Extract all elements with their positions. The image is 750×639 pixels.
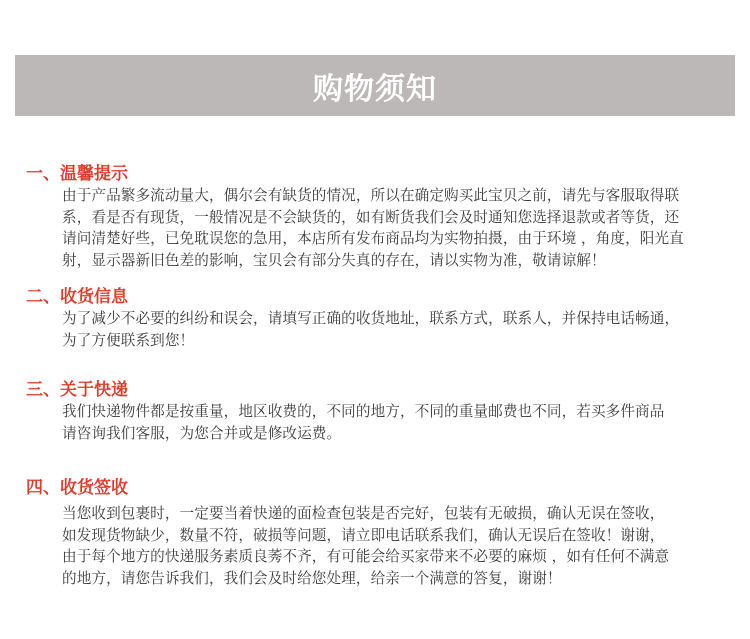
page-title: 购物须知 xyxy=(313,64,437,108)
paragraph-line: 由于产品繁多流动量大，偶尔会有缺货的情况，所以在确定购买此宝贝之前，请先与客服取… xyxy=(62,185,726,207)
section-body: 当您收到包裹时，一定要当着快递的面检查包装是否完好，包装有无破损，确认无误在签收… xyxy=(62,503,726,589)
paragraph-line: 请咨询我们客服，为您合并或是修改运费。 xyxy=(62,423,726,445)
section-shipping-info: 二、收货信息 为了减少不必要的纠纷和误会，请填写正确的收货地址，联系方式，联系人… xyxy=(26,286,726,351)
section-heading: 二、收货信息 xyxy=(26,286,726,308)
section-body: 由于产品繁多流动量大，偶尔会有缺货的情况，所以在确定购买此宝贝之前，请先与客服取… xyxy=(62,185,726,271)
section-receipt-signing: 四、收货签收 当您收到包裹时，一定要当着快递的面检查包装是否完好，包装有无破损，… xyxy=(26,477,726,589)
section-heading: 一、温馨提示 xyxy=(26,163,726,185)
paragraph-line: 为了减少不必要的纠纷和误会，请填写正确的收货地址，联系方式，联系人，并保持电话畅… xyxy=(62,308,726,330)
section-body: 为了减少不必要的纠纷和误会，请填写正确的收货地址，联系方式，联系人，并保持电话畅… xyxy=(62,308,726,351)
section-heading: 三、关于快递 xyxy=(26,379,726,401)
title-banner: 购物须知 xyxy=(15,55,735,116)
paragraph-line: 射，显示器新旧色差的影响，宝贝会有部分失真的存在，请以实物为准，敬请谅解！ xyxy=(62,250,726,272)
paragraph-line: 由于每个地方的快递服务素质良莠不齐，有可能会给买家带来不必要的麻烦 ，如有任何不… xyxy=(62,546,726,568)
section-about-delivery: 三、关于快递 我们快递物件都是按重量，地区收费的，不同的地方，不同的重量邮费也不… xyxy=(26,379,726,444)
paragraph-line: 系，看是否有现货，一般情况是不会缺货的，如有断货我们会及时通知您选择退款或者等货… xyxy=(62,207,726,229)
paragraph-line: 为了方便联系到您！ xyxy=(62,330,726,352)
section-body: 我们快递物件都是按重量，地区收费的，不同的地方，不同的重量邮费也不同，若买多件商… xyxy=(62,401,726,444)
section-warm-tips: 一、温馨提示 由于产品繁多流动量大，偶尔会有缺货的情况，所以在确定购买此宝贝之前… xyxy=(26,163,726,271)
paragraph-line: 当您收到包裹时，一定要当着快递的面检查包装是否完好，包装有无破损，确认无误在签收… xyxy=(62,503,726,525)
paragraph-line: 我们快递物件都是按重量，地区收费的，不同的地方，不同的重量邮费也不同，若买多件商… xyxy=(62,401,726,423)
section-heading: 四、收货签收 xyxy=(26,477,726,499)
paragraph-line: 请问清楚好些，已免耽误您的急用，本店所有发布商品均为实物拍摄，由于环境 ，角度，… xyxy=(62,228,726,250)
paragraph-line: 如发现货物缺少，数量不符，破损等问题，请立即电话联系我们，确认无误后在签收！谢谢… xyxy=(62,525,726,547)
paragraph-line: 的地方，请您告诉我们，我们会及时给您处理，给亲一个满意的答复，谢谢！ xyxy=(62,568,726,590)
